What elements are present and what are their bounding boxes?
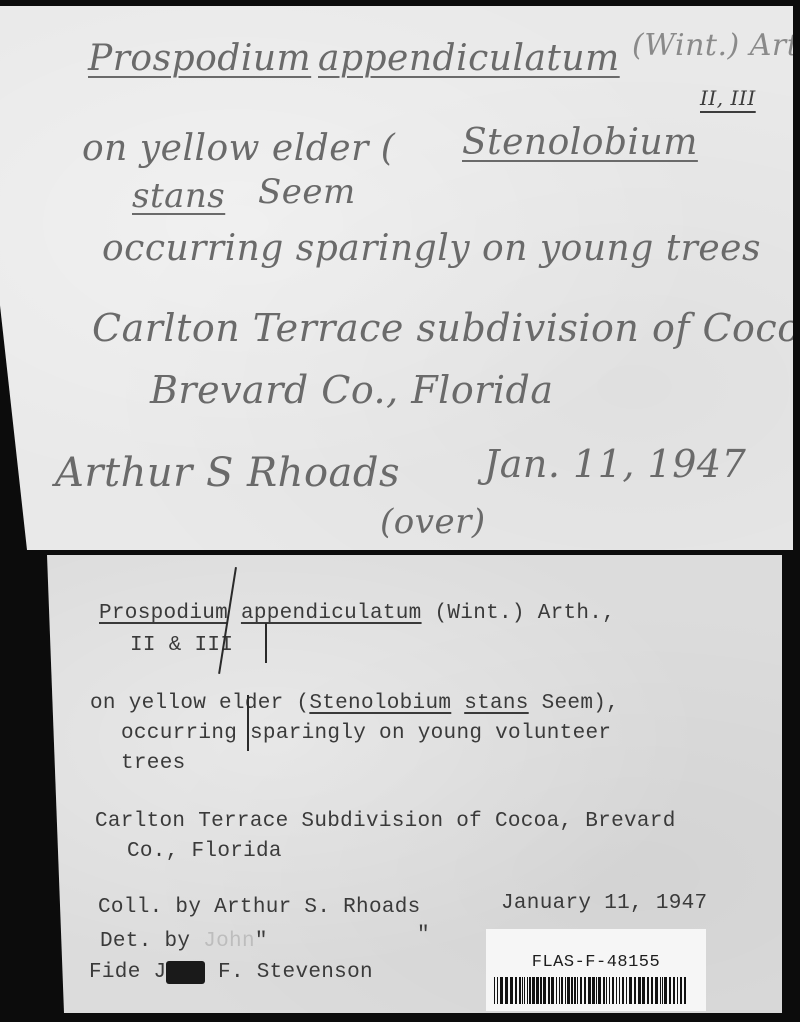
hw-occurrence: occurring sparingly on young trees xyxy=(102,228,761,269)
det-faded-name: John xyxy=(203,930,255,953)
typed-host-genus: Stenolobium xyxy=(309,692,451,715)
typed-host-line2: occurring sparingly on young volunteer xyxy=(121,722,611,745)
typed-collector: Coll. by Arthur S. Rhoads xyxy=(98,896,421,919)
hw-genus: Prospodium xyxy=(88,38,311,79)
hw-host-prefix: on yellow elder ( xyxy=(82,128,395,169)
typed-collection-date: January 11, 1947 xyxy=(501,892,707,915)
hw-host-genus: Stenolobium xyxy=(462,122,698,163)
hw-species: appendiculatum xyxy=(318,38,620,79)
hw-host-species: stans xyxy=(132,176,225,216)
handwritten-label-card: Prospodium appendiculatum (Wint.) Arth. … xyxy=(0,6,793,550)
catalog-number: FLAS-F-48155 xyxy=(486,953,706,972)
barcode-sticker: FLAS-F-48155 xyxy=(486,929,706,1011)
pen-tick-mark-2 xyxy=(247,695,249,751)
pen-tick-mark xyxy=(265,623,267,663)
typed-host-line1: on yellow elder (Stenolobium stans Seem)… xyxy=(90,692,619,715)
typed-locality-line1: Carlton Terrace Subdivision of Cocoa, Br… xyxy=(95,810,676,833)
typed-genus: Prospodium xyxy=(99,602,228,625)
hw-locality-2: Brevard Co., Florida xyxy=(150,368,554,412)
hw-date: Jan. 11, 1947 xyxy=(484,442,746,486)
typed-fide: Fide John F. Stevenson xyxy=(89,961,373,984)
typed-author: (Wint.) Arth., xyxy=(434,602,615,625)
fide-redacted-name: ohn xyxy=(166,961,205,984)
typed-species: appendiculatum xyxy=(241,602,422,625)
typed-stages: II & III xyxy=(130,634,233,657)
hw-host-author: Seem xyxy=(258,172,356,212)
fide-suffix: F. Stevenson xyxy=(218,961,373,984)
hw-locality-1: Carlton Terrace subdivision of Cocoa, xyxy=(92,306,800,350)
det-ditto-1: " xyxy=(255,930,268,953)
typed-host-suffix: Seem), xyxy=(542,692,619,715)
hw-collector: Arthur S Rhoads xyxy=(55,450,400,496)
hw-author: (Wint.) Arth. xyxy=(632,28,800,63)
typed-scientific-name: Prospodium appendiculatum (Wint.) Arth., xyxy=(99,602,615,625)
typed-host-species: stans xyxy=(464,692,529,715)
barcode-icon xyxy=(494,977,689,1004)
hw-spore-stages: II, III xyxy=(700,86,756,110)
typed-determiner: Det. by John" xyxy=(100,930,268,953)
det-prefix: Det. by xyxy=(100,930,190,953)
hw-over-note: (over) xyxy=(380,502,486,542)
fide-prefix: Fide J xyxy=(89,961,166,984)
typed-locality-line2: Co., Florida xyxy=(127,840,282,863)
det-ditto-2: " xyxy=(417,924,430,947)
typed-host-line3: trees xyxy=(121,752,186,775)
typed-host-prefix: on yellow elder ( xyxy=(90,692,309,715)
